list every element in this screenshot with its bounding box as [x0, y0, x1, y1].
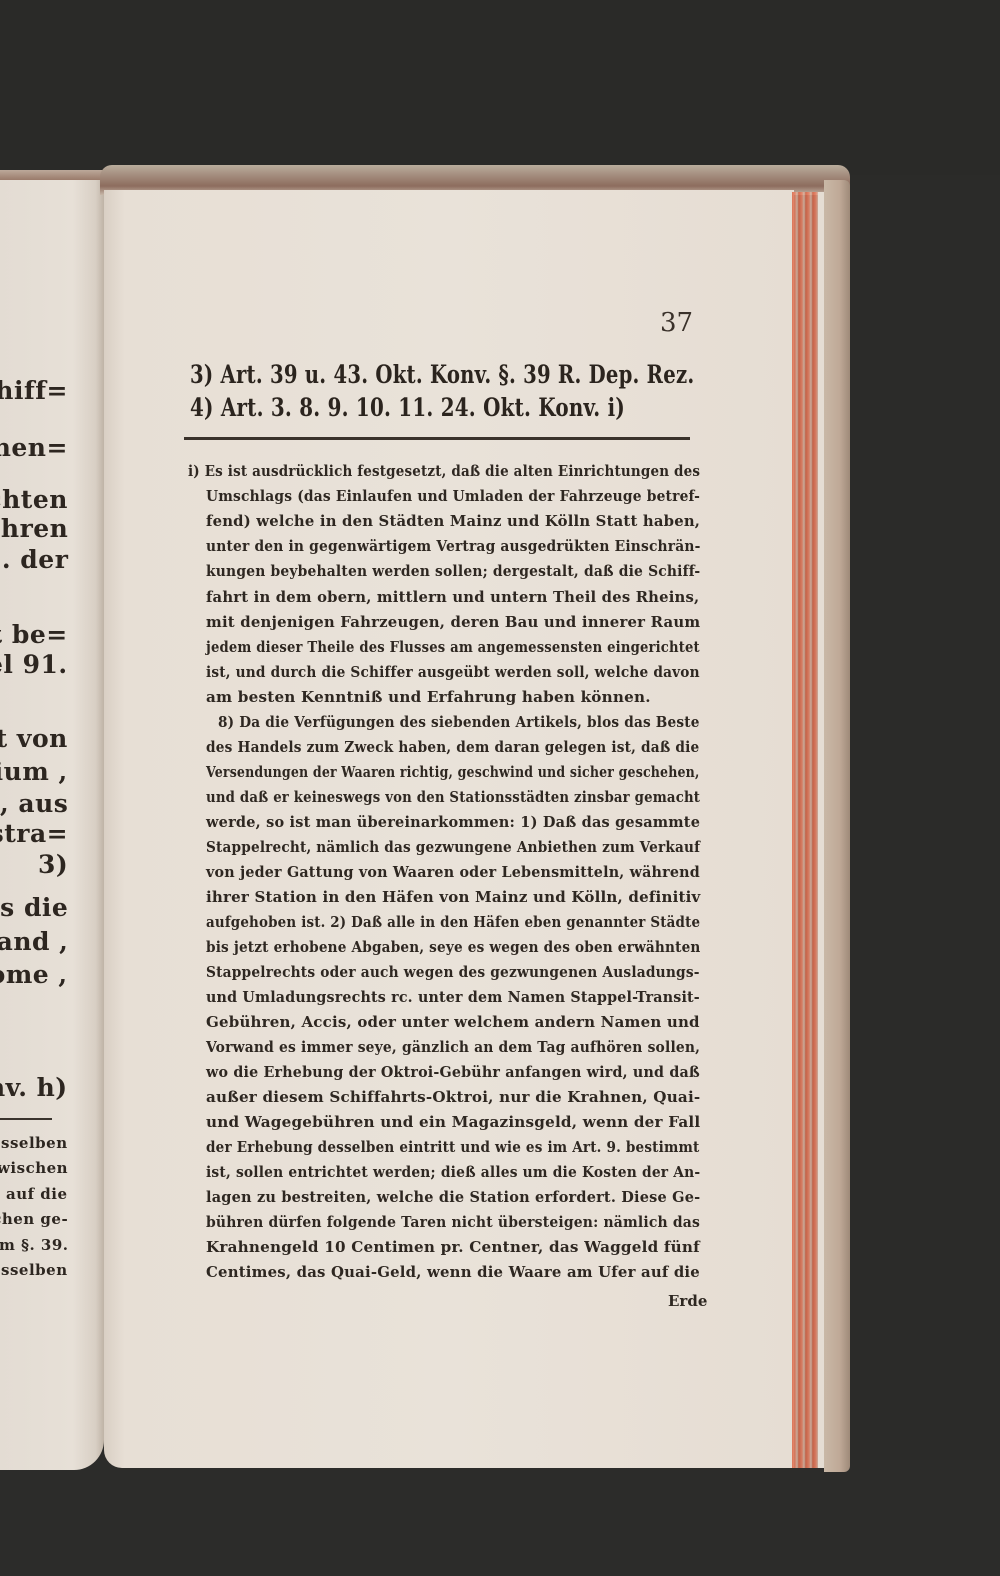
left-page-line: rium , — [0, 757, 68, 786]
footnote-line: jedem dieser Theile des Flusses am angem… — [206, 638, 700, 656]
reference-line: 3) Art. 39 u. 43. Okt. Konv. §. 39 R. De… — [190, 360, 694, 389]
footnote-line: Stappelrechts oder auch wegen des gezwun… — [206, 963, 700, 981]
footnote-line: ist, sollen entrichtet werden; dieß alle… — [206, 1163, 700, 1181]
footnote-line: i) Es ist ausdrücklich festgesetzt, daß … — [188, 462, 700, 480]
fore-edge-highlight — [818, 192, 824, 1468]
left-page-line: 3) — [38, 850, 68, 879]
left-page-footnote-rule — [0, 1118, 52, 1120]
footnote-line: am besten Kenntniß und Erfahrung haben k… — [206, 688, 651, 706]
footnote-line: unter den in gegenwärtigem Vertrag ausge… — [206, 537, 701, 555]
book-cover-edge — [824, 180, 850, 1472]
left-page-line: m §. 39. — [0, 1236, 68, 1254]
footnote-line: Centimes, das Quai-Geld, wenn die Waare … — [206, 1263, 700, 1281]
footnote-line: Vorwand es immer seye, gänzlich an dem T… — [206, 1038, 700, 1056]
footnote-line: und Wagegebühren und ein Magazinsgeld, w… — [206, 1113, 700, 1131]
left-page-line: 2. der — [0, 545, 68, 574]
catchword: Erde — [668, 1292, 707, 1310]
background-bottom — [0, 1460, 1000, 1576]
left-page-line: echten — [0, 485, 68, 514]
red-sprinkled-fore-edge — [792, 192, 818, 1468]
footnote-separator-rule — [184, 437, 690, 440]
footnote-line: kungen beybehalten werden sollen; derges… — [206, 562, 700, 580]
footnote-line: der Erhebung desselben eintritt und wie … — [206, 1138, 699, 1156]
footnote-line: des Handels zum Zweck haben, dem daran g… — [206, 738, 699, 756]
footnote-line: aufgehoben ist. 2) Daß alle in den Häfen… — [206, 913, 700, 931]
left-page-line: ichen ge- — [0, 1210, 68, 1228]
left-page-line: zwischen — [0, 1159, 68, 1177]
left-page-line: rome , — [0, 960, 68, 989]
footnote-line: werde, so ist man übereinarkommen: 1) Da… — [206, 813, 700, 831]
footnote-line: 8) Da die Verfügungen des siebenden Arti… — [218, 713, 700, 731]
footnote-line: ihrer Station in den Häfen von Mainz und… — [206, 888, 700, 906]
left-page-line: los die — [0, 893, 68, 922]
left-page-line: nv. h) — [0, 1073, 68, 1102]
footnote-line: außer diesem Schiffahrts-Oktroi, nur die… — [206, 1088, 700, 1106]
footnote-line: wo die Erhebung der Oktroi-Gebühr anfang… — [206, 1063, 700, 1081]
left-page-line: desselben — [0, 1261, 68, 1279]
left-page-line: Schiff= — [0, 376, 68, 405]
reference-line: 4) Art. 3. 8. 9. 10. 11. 24. Okt. Konv. … — [190, 393, 625, 422]
footnote-line: ist, und durch die Schiffer ausgeübt wer… — [206, 663, 700, 681]
footnote-line: Krahnengeld 10 Centimen pr. Centner, das… — [206, 1238, 700, 1256]
footnote-line: Umschlags (das Einlaufen und Umladen der… — [206, 487, 700, 505]
footnote-line: fahrt in dem obern, mittlern und untern … — [206, 588, 699, 606]
left-page-line: auf die — [6, 1185, 68, 1203]
footnote-line: mit denjenigen Fahrzeugen, deren Bau und… — [206, 613, 700, 631]
footnote-line: und daß er keineswegs von den Stationsst… — [206, 788, 700, 806]
footnote-line: von jeder Gattung von Waaren oder Lebens… — [206, 863, 700, 881]
footnote-line: lagen zu bestreiten, welche die Station … — [206, 1188, 700, 1206]
footnote-line: fend) welche in den Städten Mainz und Kö… — [206, 512, 700, 530]
page-number: 37 — [660, 308, 693, 338]
footnote-line: Stappelrecht, nämlich das gezwungene Anb… — [206, 838, 700, 856]
footnote-line: Gebühren, Accis, oder unter welchem ande… — [206, 1013, 700, 1031]
left-page-line: stand , — [0, 927, 68, 956]
footnote-line: Versendungen der Waaren richtig, geschwi… — [206, 763, 699, 781]
left-page-line: nistra= — [0, 819, 68, 848]
footnote-line: bis jetzt erhobene Abgaben, seye es wege… — [206, 938, 701, 956]
background-top — [0, 0, 1000, 175]
left-page-line: rt be= — [0, 620, 68, 649]
left-page-line: , aus — [0, 789, 68, 818]
left-page-line: führen — [0, 514, 68, 543]
left-page-line: el 91. — [0, 650, 68, 679]
footnote-line: bühren dürfen folgende Taren nicht übers… — [206, 1213, 700, 1231]
footnote-line: und Umladungsrechts rc. unter dem Namen … — [206, 988, 700, 1006]
left-page-line: desselben — [0, 1134, 68, 1152]
left-page-line: anen= — [0, 433, 68, 462]
left-page-line: ht von — [0, 724, 68, 753]
